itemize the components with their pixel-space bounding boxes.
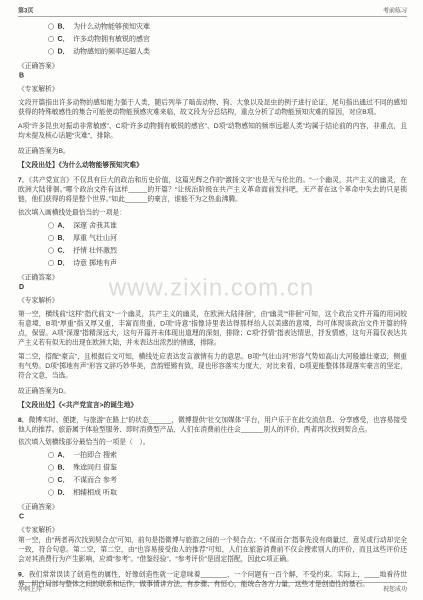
analysis-paragraph: 文段开篇指出许多动物的感知能力强于人类，随后列举了啮齿动物、狗、大象以及昆虫的例…	[18, 98, 407, 117]
question-text: 《共产党宣言》不仅具有巨大的政治和历史价值，这篇光辉之作的“激扬文字”也是无与伦…	[18, 176, 407, 203]
analysis-paragraph: 第一空，由“两者再次找到契合点”可知，前句是指微博与旅游之间的一个契合点；“不谋…	[18, 535, 407, 564]
option-letter: C．	[58, 475, 70, 485]
source-label: 【文段出处】	[18, 401, 59, 409]
analysis-paragraph: 第一空，横线前“这样”指代前文“一个幽灵，共产主义的幽灵，在欧洲大陆徘徊”，由“…	[18, 309, 407, 347]
radio-icon[interactable]	[48, 222, 54, 228]
question-prompt: 依次填入画横线处最恰当的一项是：	[18, 207, 407, 217]
correct-answer-value: B	[19, 71, 407, 79]
option-text: 一拍即合 搜索	[73, 450, 117, 460]
page-body: B． 为什么动物能够预知灾难 C． 许多动物拥有敏锐的感官 D． 动物感知的频率…	[18, 22, 407, 589]
option-letter: C．	[58, 34, 70, 44]
question-8-block: 8．微博实时、便捷，与旅游“在路上”的状态______，微博提供“社交加媒体”平…	[18, 415, 407, 564]
exam-page: www.zixin.com.cn 第3页 考前练习 B． 为什么动物能够预知灾难…	[0, 0, 423, 600]
radio-icon[interactable]	[48, 260, 54, 266]
expert-analysis-label: 《专家解析》	[18, 83, 407, 93]
option-row-d: D． 相辅相成 听取	[48, 488, 407, 498]
footer-right-label: 祝您成功	[383, 585, 407, 594]
option-letter: D．	[58, 258, 70, 268]
radio-icon[interactable]	[48, 23, 54, 29]
option-row-c: C． 许多动物拥有敏锐的感官	[48, 34, 407, 44]
option-row-c: C． 不谋而合 参考	[48, 475, 407, 485]
option-letter: A．	[58, 450, 70, 460]
radio-icon[interactable]	[48, 464, 54, 470]
question-stem: 8．微博实时、便捷，与旅游“在路上”的状态______，微博提供“社交加媒体”平…	[18, 415, 407, 434]
radio-icon[interactable]	[48, 235, 54, 241]
conclusion-text: 故正确答案为D。	[18, 385, 407, 395]
question-number: 7．	[18, 176, 29, 184]
radio-icon[interactable]	[48, 48, 54, 54]
question-number: 8．	[18, 416, 29, 424]
analysis-paragraph: A项“许多昆虫对振动非常敏感”、C项“许多动物拥有敏锐的感官”、D项“动物感知的…	[18, 121, 407, 140]
correct-answer-label: 《正确答案》	[18, 60, 407, 70]
source-label: 【文段出处】	[18, 161, 59, 169]
option-row-b: B． 厚重 气壮山河	[48, 233, 407, 243]
radio-icon[interactable]	[48, 477, 54, 483]
question-prompt: 依次填入划横线部分最恰当的一项是（ ）。	[18, 436, 407, 446]
correct-answer-value: D	[19, 283, 407, 291]
option-text: 诗意 掷地有声	[73, 258, 117, 268]
source-title: 《为什么动物能够预知灾难》	[59, 161, 143, 169]
option-row-d: D． 动物感知的频率远超人类	[48, 47, 407, 57]
radio-icon[interactable]	[48, 36, 54, 42]
radio-icon[interactable]	[48, 247, 54, 253]
page-header: 第3页 考前练习	[18, 6, 407, 17]
option-letter: B．	[58, 22, 70, 32]
footer-left-label: 冲刺上岸	[18, 585, 42, 594]
source-line: 【文段出处】《<共产党宣言>的诞生地》	[18, 399, 407, 409]
option-text: 殊途同归 借鉴	[73, 463, 117, 473]
option-row-a: A． 一拍即合 搜索	[48, 450, 407, 460]
option-text: 厚重 气壮山河	[73, 233, 117, 243]
correct-answer-value: C	[19, 512, 407, 520]
option-text: 为什么动物能够预知灾难	[73, 22, 150, 32]
option-letter: A．	[58, 221, 70, 231]
option-row-a: A． 深邃 舍我其谁	[48, 221, 407, 231]
option-text: 抒情 壮怀激烈	[73, 246, 117, 256]
option-row-b: B． 殊途同归 借鉴	[48, 463, 407, 473]
option-letter: B．	[58, 463, 70, 473]
question-7-block: 7．《共产党宣言》不仅具有巨大的政治和历史价值，这篇光辉之作的“激扬文字”也是无…	[18, 175, 407, 409]
option-row-d: D． 诗意 掷地有声	[48, 258, 407, 268]
correct-answer-label: 《正确答案》	[18, 272, 407, 282]
option-text: 动物感知的频率远超人类	[73, 47, 150, 57]
question-stem: 7．《共产党宣言》不仅具有巨大的政治和历史价值，这篇光辉之作的“激扬文字”也是无…	[18, 175, 407, 204]
option-letter: D．	[58, 488, 70, 498]
radio-icon[interactable]	[48, 452, 54, 458]
option-row-b: B． 为什么动物能够预知灾难	[48, 22, 407, 32]
page-number: 第3页	[18, 6, 33, 15]
option-row-c: C． 抒情 壮怀激烈	[48, 246, 407, 256]
expert-analysis-label: 《专家解析》	[18, 524, 407, 534]
question-number: 9．	[18, 571, 29, 579]
option-text: 相辅相成 听取	[73, 488, 117, 498]
doc-title: 考前练习	[383, 6, 407, 15]
option-letter: C．	[58, 246, 70, 256]
source-line: 【文段出处】《为什么动物能够预知灾难》	[18, 159, 407, 169]
conclusion-text: 故正确答案为B。	[18, 145, 407, 155]
question-text: 微博实时、便捷，与旅游“在路上”的状态______，微博提供“社交加媒体”平台，…	[18, 416, 407, 433]
analysis-paragraph: 第二空，搭配“豪言”，且根据后文可知，横线处应表达发言激情有力的意思。B项“气壮…	[18, 352, 407, 381]
option-letter: B．	[58, 233, 70, 243]
option-text: 许多动物拥有敏锐的感官	[73, 34, 150, 44]
option-text: 不谋而合 参考	[73, 475, 117, 485]
page-footer: 冲刺上岸 祝您成功	[18, 582, 407, 593]
source-title: 《<共产党宣言>的诞生地》	[59, 401, 138, 409]
expert-analysis-label: 《专家解析》	[18, 295, 407, 305]
option-text: 深邃 舍我其谁	[73, 221, 117, 231]
radio-icon[interactable]	[48, 489, 54, 495]
correct-answer-label: 《正确答案》	[18, 501, 407, 511]
option-letter: D．	[58, 47, 70, 57]
question-6-block: B． 为什么动物能够预知灾难 C． 许多动物拥有敏锐的感官 D． 动物感知的频率…	[18, 22, 407, 170]
